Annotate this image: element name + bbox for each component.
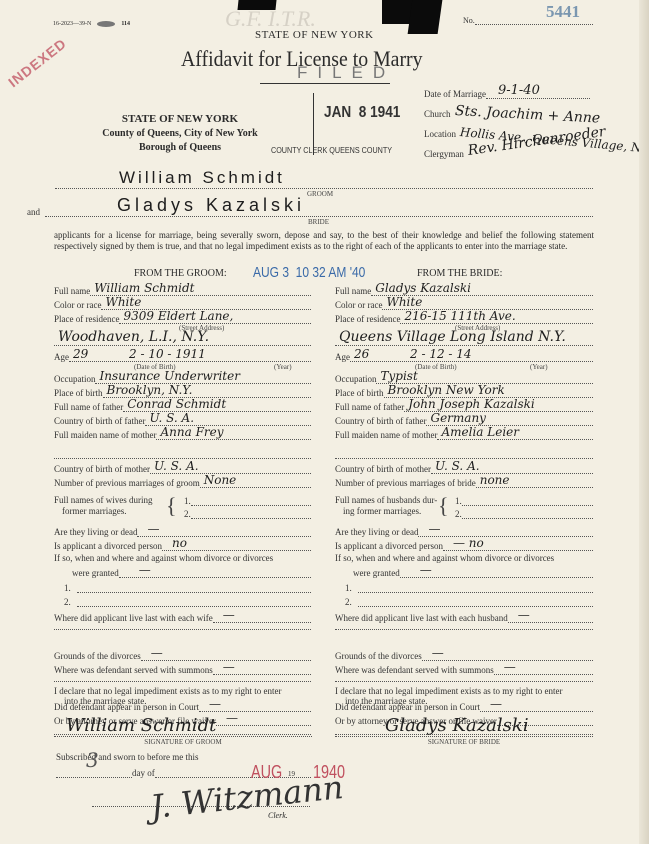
- father-country-label: Country of birth of father: [335, 416, 426, 426]
- jurisdiction: STATE OF NEW YORK County of Queens, City…: [80, 113, 280, 153]
- residence-street-field: Place of residence9309 Eldert Lane,: [54, 311, 311, 324]
- date-of-birth-value: 2 - 12 - 14: [410, 347, 472, 361]
- residence-street-value: 9309 Eldert Lane,: [123, 309, 233, 323]
- age-value: 26: [354, 347, 369, 361]
- lived-field: Where did applicant live last with each …: [335, 610, 593, 623]
- occupation-label: Occupation: [54, 374, 95, 384]
- and-label: and: [27, 207, 40, 217]
- divorce-granted-field: were granted—: [353, 565, 593, 578]
- church-field: Church Sts. Joachim + Anne: [424, 106, 624, 119]
- residence-label: Place of residence: [335, 314, 400, 324]
- blank-line: [335, 629, 593, 630]
- birthplace-label: Place of birth: [335, 388, 384, 398]
- date-of-birth-value: 2 - 10 - 1911: [129, 347, 206, 361]
- jurat-subscribed: Subscribed and sworn to before me this: [56, 752, 198, 762]
- served-field: Where was defendant served with summons—: [335, 662, 593, 675]
- father-value: John Joseph Kazalski: [408, 397, 535, 411]
- father-country-value: Germany: [430, 411, 485, 425]
- father-label: Full name of father: [335, 402, 404, 412]
- divorce-entry-2: 2.: [345, 594, 593, 607]
- age-field: Age292 - 10 - 1911: [54, 349, 311, 362]
- groom-signature-line: William Schmidt: [54, 706, 312, 737]
- full-name-value: Gladys Kazalski: [375, 281, 471, 295]
- age-field: Age262 - 12 - 14: [335, 349, 593, 362]
- race-label: Color or race: [54, 300, 101, 310]
- clergyman-field: Clergyman Rev. Hirchenroeder: [424, 146, 624, 159]
- divorce-question: If so, when and where and against whom d…: [54, 553, 273, 563]
- statement-paragraph: applicants for a license for marriage, b…: [54, 230, 594, 252]
- brace-icon: {: [166, 493, 177, 519]
- mother-country-label: Country of birth of mother: [54, 464, 150, 474]
- date-of-birth-caption: (Date of Birth): [415, 363, 457, 371]
- received-stamp: AUG 3 10 32 AM '40: [253, 264, 365, 281]
- groom-heading: FROM THE GROOM:: [134, 268, 227, 279]
- age-value: 29: [73, 347, 88, 361]
- residence-label: Place of residence: [54, 314, 119, 324]
- divorce-question: If so, when and where and against whom d…: [335, 553, 554, 563]
- groom-declaration: I declare that no legal impediment exist…: [54, 686, 312, 746]
- father-country-value: U. S. A.: [149, 411, 194, 425]
- birthplace-label: Place of birth: [54, 388, 103, 398]
- residence-city-value: Queens Village Long Island N.Y.: [339, 329, 566, 345]
- mother-country-field: Country of birth of motherU. S. A.: [54, 461, 311, 474]
- full-name-field: Full nameWilliam Schmidt: [54, 283, 311, 296]
- street-address-caption: (Street Address): [179, 324, 224, 332]
- race-label: Color or race: [335, 300, 382, 310]
- race-value: White: [386, 295, 422, 309]
- form-code: 16-2023—39-N 114: [53, 21, 130, 27]
- filed-stamp: FILED: [297, 63, 395, 83]
- mother-country-label: Country of birth of mother: [335, 464, 431, 474]
- mother-value: Amelia Leier: [441, 425, 519, 439]
- grounds-field: Grounds of the divorces—: [54, 648, 311, 661]
- mother-country-value: U. S. A.: [435, 459, 480, 473]
- age-label: Age: [54, 352, 69, 362]
- filed-date-stamp: JAN 8 1941: [324, 104, 400, 122]
- prev-marriages-value: none: [480, 473, 510, 487]
- lived-field: Where did applicant live last with each …: [54, 610, 311, 623]
- blank-line: [54, 629, 311, 630]
- union-label-icon: [97, 21, 115, 27]
- residence-city-field: Woodhaven, L.I., N.Y.: [54, 333, 311, 346]
- race-value: White: [105, 295, 141, 309]
- mother-field: Full maiden name of motherAnna Frey: [54, 427, 311, 440]
- prev-marriages-field: Number of previous marriages of bridenon…: [335, 475, 593, 488]
- bride-caption: BRIDE: [308, 218, 329, 226]
- blank-field: [335, 446, 593, 459]
- grounds-field: Grounds of the divorces—: [335, 648, 593, 661]
- county-clerk-stamp: COUNTY CLERK QUEENS COUNTY: [271, 146, 392, 155]
- occupation-value: Typist: [380, 369, 417, 383]
- mother-country-value: U. S. A.: [154, 459, 199, 473]
- blank-line: [54, 681, 311, 682]
- blank-field: [54, 446, 311, 459]
- residence-street-value: 216-15 111th Ave.: [404, 309, 515, 323]
- blank-line: [335, 681, 593, 682]
- bride-signature-line: Gladys Kazalski: [335, 706, 593, 737]
- date-of-marriage-field: Date of Marriage 9-1-40: [424, 86, 590, 99]
- year-caption: (Year): [530, 363, 548, 371]
- mother-field: Full maiden name of motherAmelia Leier: [335, 427, 593, 440]
- year-caption: (Year): [274, 363, 292, 371]
- former-spouses-field: Full names of husbands dur-ing former ma…: [335, 493, 593, 521]
- residence-street-field: Place of residence216-15 111th Ave.: [335, 311, 593, 324]
- redaction-block: [408, 0, 443, 34]
- full-name-label: Full name: [54, 286, 90, 296]
- served-field: Where was defendant served with summons—: [54, 662, 311, 675]
- divorced-field: Is applicant a divorced personno: [54, 538, 311, 551]
- father-country-label: Country of birth of father: [54, 416, 145, 426]
- divorce-entry-1: 1.: [345, 580, 593, 593]
- bride-signature: Gladys Kazalski: [385, 715, 529, 736]
- divorce-entry-2: 2.: [64, 594, 311, 607]
- father-label: Full name of father: [54, 402, 123, 412]
- mother-label: Full maiden name of mother: [54, 430, 156, 440]
- bride-heading: FROM THE BRIDE:: [417, 268, 502, 279]
- prev-marriages-field: Number of previous marriages of groomNon…: [54, 475, 311, 488]
- full-name-value: William Schmidt: [94, 281, 194, 295]
- birthplace-value: Brooklyn, N.Y.: [107, 383, 193, 397]
- groom-name-line: William Schmidt: [55, 168, 593, 189]
- former-spouses-field: Full names of wives duringformer marriag…: [54, 493, 311, 521]
- divorced-field: Is applicant a divorced person— no: [335, 538, 593, 551]
- divorce-entry-1: 1.: [64, 580, 311, 593]
- prev-marriages-label: Number of previous marriages of groom: [54, 478, 200, 488]
- page-edge: [639, 0, 649, 844]
- clerk-caption: Clerk.: [268, 811, 288, 820]
- age-label: Age: [335, 352, 350, 362]
- bride-column: Full nameGladys KazalskiColor or raceWhi…: [335, 283, 593, 723]
- mother-label: Full maiden name of mother: [335, 430, 437, 440]
- street-address-caption: (Street Address): [455, 324, 500, 332]
- father-value: Conrad Schmidt: [127, 397, 226, 411]
- residence-city-field: Queens Village Long Island N.Y.: [335, 333, 593, 346]
- title-underline: [260, 83, 390, 84]
- bride-name-line: Gladys Kazalski: [45, 196, 593, 217]
- prev-marriages-label: Number of previous marriages of bride: [335, 478, 476, 488]
- groom-signature: William Schmidt: [66, 715, 216, 736]
- divorce-granted-field: were granted—: [72, 565, 311, 578]
- occupation-label: Occupation: [335, 374, 376, 384]
- bride-declaration: I declare that no legal impediment exist…: [335, 686, 593, 746]
- occupation-value: Insurance Underwriter: [99, 369, 239, 383]
- full-name-field: Full nameGladys Kazalski: [335, 283, 593, 296]
- form-number-value: 5441: [546, 2, 580, 22]
- prev-marriages-value: None: [204, 473, 237, 487]
- state-heading: STATE OF NEW YORK: [255, 29, 374, 41]
- full-name-label: Full name: [335, 286, 371, 296]
- mother-country-field: Country of birth of motherU. S. A.: [335, 461, 593, 474]
- mother-value: Anna Frey: [160, 425, 223, 439]
- indexed-stamp: INDEXED: [5, 35, 69, 90]
- birthplace-value: Brooklyn New York: [388, 383, 505, 397]
- groom-column: Full nameWilliam SchmidtColor or raceWhi…: [54, 283, 311, 723]
- brace-icon: {: [438, 493, 449, 519]
